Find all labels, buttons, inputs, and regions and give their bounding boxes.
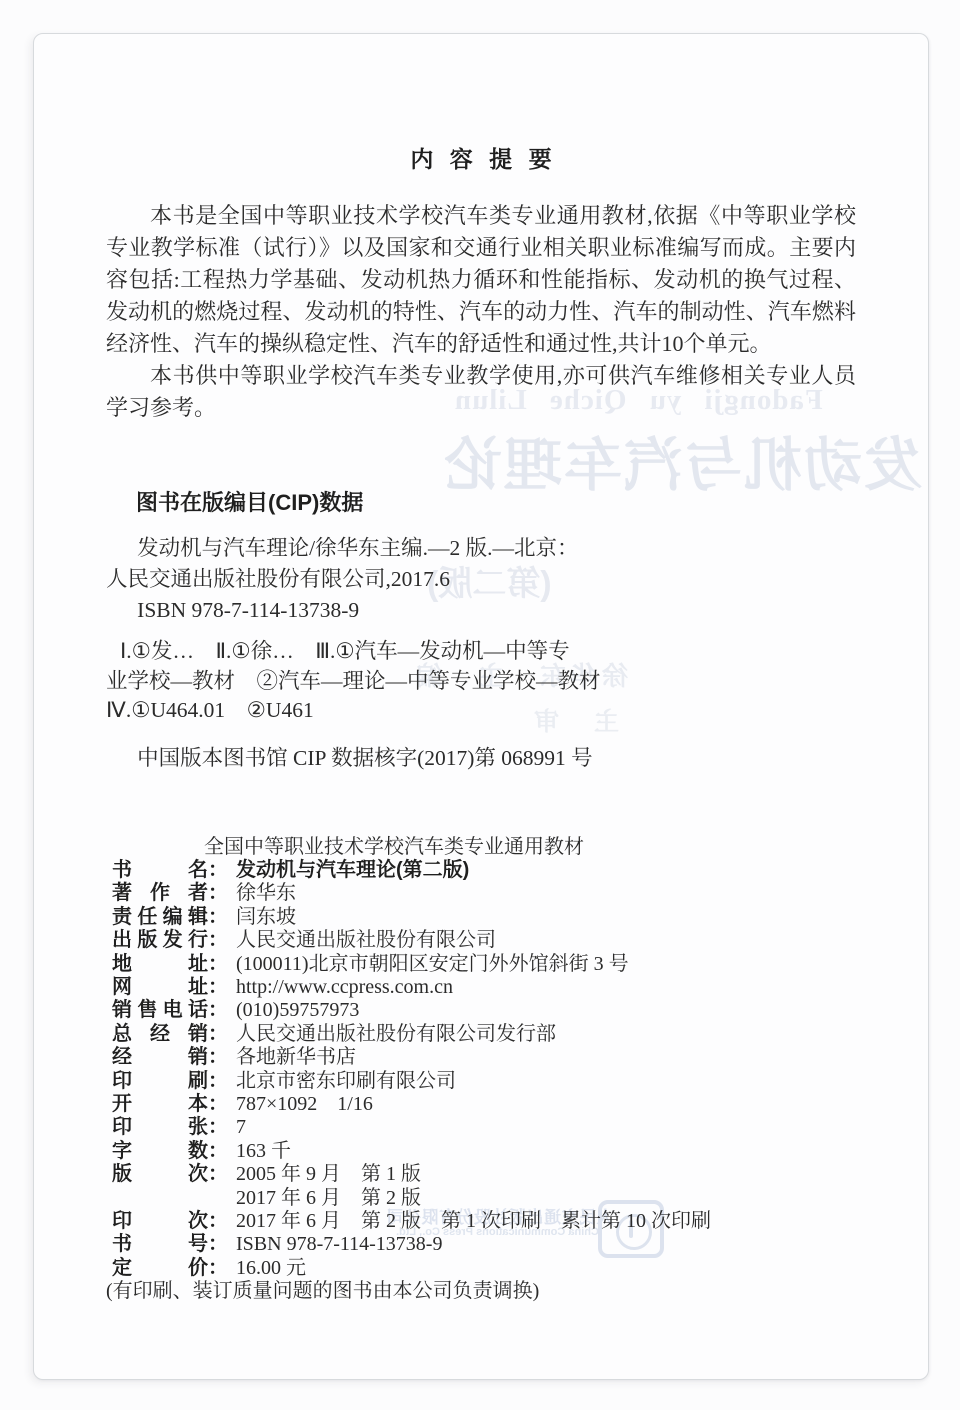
colophon-row-value: 北京市密东印刷有限公司 [236,1070,456,1093]
cip-heading: 图书在版编目(CIP)数据 [136,486,856,517]
colophon-row-colon: ： [208,1023,228,1046]
cip-classification-line: Ⅰ.①发… Ⅱ.①徐… Ⅲ.①汽车—发动机—中等专 [106,637,856,667]
colophon-row-colon: ： [208,859,228,882]
book-copyright-page: Fadongji yu Qiche Lilun 发动机与汽车理论 (第二版) 徐… [33,33,929,1380]
colophon-row-colon: ： [208,1046,228,1069]
colophon-row: 网址：http://www.ccpress.com.cn [112,976,856,999]
colophon-row: 印张：7 [112,1116,856,1139]
colophon-row-label: 印刷 [112,1070,208,1093]
colophon-row-label: 定价 [112,1257,208,1280]
cip-record-line: 人民交通出版社股份有限公司,2017.6 [106,564,856,595]
colophon-row-value: 人民交通出版社股份有限公司发行部 [236,1023,556,1046]
colophon-row-colon: ： [208,1140,228,1163]
colophon-row: 经销：各地新华书店 [112,1046,856,1069]
colophon-row-value: 各地新华书店 [236,1046,356,1069]
colophon-row-colon: ： [208,906,228,929]
colophon-row: 书号：ISBN 978-7-114-13738-9 [112,1233,856,1256]
summary-paragraph: 本书是全国中等职业技术学校汽车类专业通用教材,依据《中等职业学校专业教学标准（试… [106,200,856,360]
colophon-row-value: 2005 年 9 月 第 1 版 2017 年 6 月 第 2 版 [236,1163,421,1210]
colophon-row-label: 销售电话 [112,999,208,1022]
colophon-row-value: (100011)北京市朝阳区安定门外外馆斜街 3 号 [236,953,629,976]
colophon-row-value: 人民交通出版社股份有限公司 [236,929,496,952]
colophon-row: 书名：发动机与汽车理论(第二版) [112,859,856,882]
colophon-row-colon: ： [208,929,228,952]
colophon-row-colon: ： [208,1093,228,1116]
colophon-row-label: 经销 [112,1046,208,1069]
colophon-row-value: 2017 年 6 月 第 2 版 第 1 次印刷 累计第 10 次印刷 [236,1210,711,1233]
colophon-row-value: http://www.ccpress.com.cn [236,976,453,999]
colophon-row-label: 地址 [112,953,208,976]
colophon-row-label: 出版发行 [112,929,208,952]
summary-paragraph: 本书供中等职业学校汽车类专业教学使用,亦可供汽车维修相关专业人员学习参考。 [106,360,856,424]
colophon-block: 全国中等职业技术学校汽车类专业通用教材 书名：发动机与汽车理论(第二版) 著作者… [112,836,856,1281]
colophon-row-label: 著作者 [112,882,208,905]
colophon-row-value: 787×1092 1/16 [236,1093,373,1116]
colophon-row: 版次：2005 年 9 月 第 1 版 2017 年 6 月 第 2 版 [112,1163,856,1210]
colophon-row-colon: ： [208,1233,228,1256]
colophon-row-label: 版次 [112,1163,208,1186]
cip-classification: Ⅰ.①发… Ⅱ.①徐… Ⅲ.①汽车—发动机—中等专业学校—教材 ②汽车—理论—中… [106,637,856,726]
colophon-row-colon: ： [208,882,228,905]
colophon-row-value: 发动机与汽车理论(第二版) [236,859,469,882]
colophon-row-colon: ： [208,1210,228,1233]
quality-exchange-note: (有印刷、装订质量问题的图书由本公司负责调换) [106,1280,856,1303]
page-content: 内 容 提 要 本书是全国中等职业技术学校汽车类专业通用教材,依据《中等职业学校… [34,141,928,1304]
colophon-row-colon: ： [208,976,228,999]
colophon-row-value: 7 [236,1116,246,1139]
colophon-row-colon: ： [208,999,228,1022]
colophon-row: 字数：163 千 [112,1140,856,1163]
colophon-row-colon: ： [208,1070,228,1093]
colophon-row-colon: ： [208,1257,228,1280]
colophon-row: 出版发行：人民交通出版社股份有限公司 [112,929,856,952]
cip-block: 图书在版编目(CIP)数据 发动机与汽车理论/徐华东主编.—2 版.—北京：人民… [106,486,856,772]
colophon-row-label: 责任编辑 [112,906,208,929]
colophon-row: 责任编辑：闫东坡 [112,906,856,929]
colophon-row: 销售电话：(010)59757973 [112,999,856,1022]
colophon-row-value: 闫东坡 [236,906,296,929]
colophon-row: 印次：2017 年 6 月 第 2 版 第 1 次印刷 累计第 10 次印刷 [112,1210,856,1233]
colophon-row-label: 网址 [112,976,208,999]
colophon-row-value: (010)59757973 [236,999,359,1022]
colophon-row-value: 163 千 [236,1140,291,1163]
colophon-row: 地址：(100011)北京市朝阳区安定门外外馆斜街 3 号 [112,953,856,976]
colophon-row-colon: ： [208,953,228,976]
colophon-row-value: 徐华东 [236,882,296,905]
cip-record-line: 发动机与汽车理论/徐华东主编.—2 版.—北京： [106,533,856,564]
cip-classification-line: 业学校—教材 ②汽车—理论—中等专业学校—教材 [106,667,856,697]
colophon-row-label: 书号 [112,1233,208,1256]
colophon-row-value: ISBN 978-7-114-13738-9 [236,1233,442,1256]
colophon-row-label: 开本 [112,1093,208,1116]
colophon-row-colon: ： [208,1116,228,1139]
colophon-row-label: 印次 [112,1210,208,1233]
colophon-row-label: 印张 [112,1116,208,1139]
colophon-row: 总经销：人民交通出版社股份有限公司发行部 [112,1023,856,1046]
summary-heading: 内 容 提 要 [106,141,856,174]
series-header: 全国中等职业技术学校汽车类专业通用教材 [204,836,856,859]
cip-classification-line: Ⅳ.①U464.01 ②U461 [106,696,856,726]
colophon-row: 定价：16.00 元 [112,1257,856,1280]
colophon-row-colon: ： [208,1163,228,1186]
colophon-row-label: 总经销 [112,1023,208,1046]
cip-record: 发动机与汽车理论/徐华东主编.—2 版.—北京：人民交通出版社股份有限公司,20… [106,533,856,626]
cip-record-line: ISBN 978-7-114-13738-9 [106,595,856,626]
cip-registration-number: 中国版本图书馆 CIP 数据核字(2017)第 068991 号 [106,741,856,772]
colophon-row: 著作者：徐华东 [112,882,856,905]
colophon-row-value: 16.00 元 [236,1257,306,1280]
colophon-row: 印刷：北京市密东印刷有限公司 [112,1070,856,1093]
colophon-row-label: 字数 [112,1140,208,1163]
colophon-row-label: 书名 [112,859,208,882]
colophon-row: 开本：787×1092 1/16 [112,1093,856,1116]
colophon-rows: 书名：发动机与汽车理论(第二版) 著作者：徐华东 责任编辑：闫东坡 出版发行：人… [112,859,856,1280]
summary-paragraphs: 本书是全国中等职业技术学校汽车类专业通用教材,依据《中等职业学校专业教学标准（试… [106,200,856,424]
